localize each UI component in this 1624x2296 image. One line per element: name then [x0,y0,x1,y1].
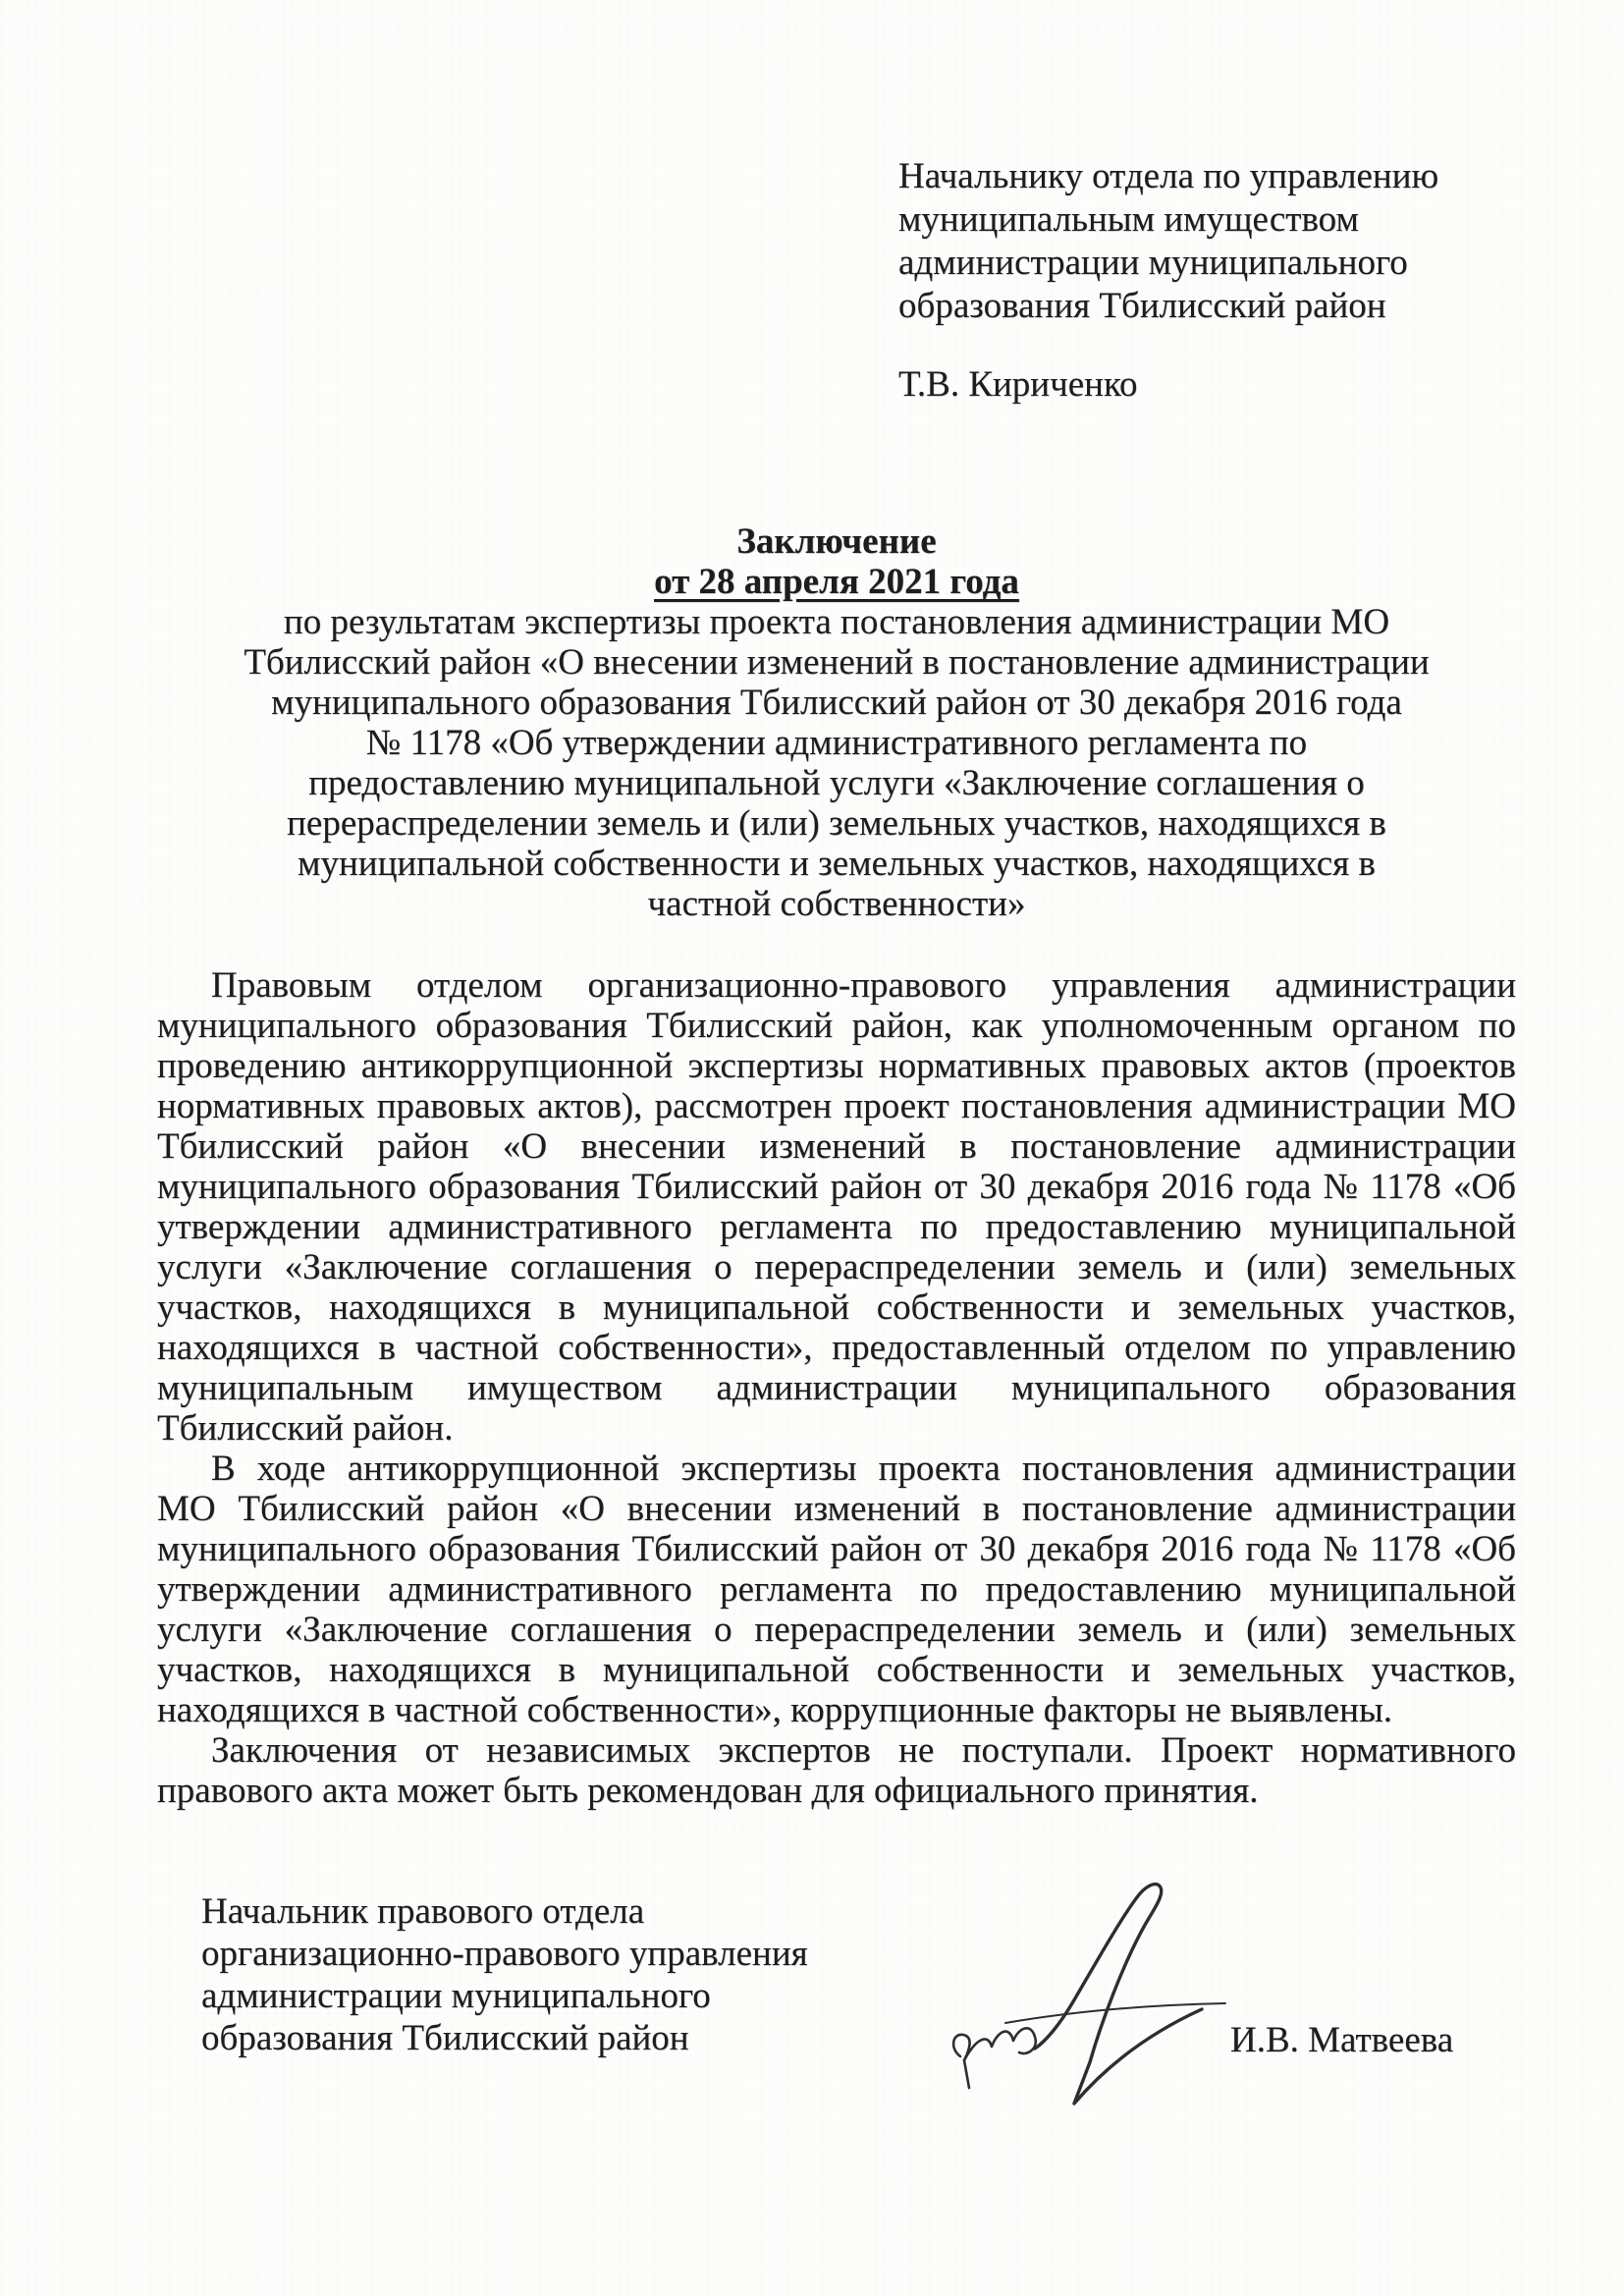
document-body: Правовым отделом организационно-правовог… [157,965,1516,1811]
body-paragraph-3: Заключения от независимых экспертов не п… [157,1730,1516,1811]
body-line: утверждении административного регламента… [157,1569,1516,1610]
body-line: В ходе антикоррупционной экспертизы прое… [157,1449,1516,1489]
recipient-line: муниципальным имуществом [898,198,1438,242]
document-title: Заключение [157,521,1516,562]
title-line: муниципального образования Тбилисский ра… [157,683,1516,723]
body-line: участков, находящихся в муниципальной со… [157,1650,1516,1690]
body-line: Тбилисский район. [157,1408,1516,1449]
recipient-name: Т.В. Кириченко [898,363,1438,407]
body-line: услуги «Заключение соглашения о перерасп… [157,1610,1516,1650]
body-line: муниципальным имуществом администрации м… [157,1368,1516,1408]
title-line: предоставлению муниципальной услуги «Зак… [157,763,1516,803]
body-line: Тбилисский район «О внесении изменений в… [157,1126,1516,1167]
title-line: частной собственности» [157,884,1516,924]
body-line: проведению антикоррупционной экспертизы … [157,1046,1516,1086]
recipient-block: Начальнику отдела по управлению муниципа… [898,155,1438,407]
signature-block: Начальник правового отдела организационн… [201,1890,808,2059]
title-line: муниципальной собственности и земельных … [157,844,1516,884]
title-date: от 28 апреля 2021 года [157,562,1516,602]
body-line: муниципального образования Тбилисский ра… [157,1006,1516,1046]
document-page: Начальнику отдела по управлению муниципа… [0,0,1624,2296]
body-line: Правовым отделом организационно-правовог… [157,965,1516,1006]
body-line: услуги «Заключение соглашения о перерасп… [157,1247,1516,1287]
recipient-line: образования Тбилисский район [898,285,1438,328]
recipient-line: Начальнику отдела по управлению [898,155,1438,198]
body-paragraph-1: Правовым отделом организационно-правовог… [157,965,1516,1449]
body-line: находящихся в частной собственности», ко… [157,1690,1516,1730]
body-paragraph-2: В ходе антикоррупционной экспертизы прое… [157,1449,1516,1730]
document-title-block: Заключение от 28 апреля 2021 года по рез… [157,521,1516,924]
body-line: муниципального образования Тбилисский ра… [157,1167,1516,1207]
signature-line: образования Тбилисский район [201,2017,808,2059]
title-line: Тбилисский район «О внесении изменений в… [157,642,1516,683]
title-line: № 1178 «Об утверждении административного… [157,723,1516,763]
body-line: Заключения от независимых экспертов не п… [157,1730,1516,1771]
body-line: утверждении административного регламента… [157,1207,1516,1247]
body-line: муниципального образования Тбилисский ра… [157,1529,1516,1569]
body-line: правового акта может быть рекомендован д… [157,1771,1516,1811]
signature-line: организационно-правового управления [201,1933,808,1975]
body-line: участков, находящихся в муниципальной со… [157,1287,1516,1328]
signatory-name: И.В. Матвеева [1230,2019,1453,2061]
recipient-line: администрации муниципального [898,242,1438,285]
body-line: МО Тбилисский район «О внесении изменени… [157,1489,1516,1529]
signature-line: Начальник правового отдела [201,1890,808,1933]
body-line: находящихся в частной собственности», пр… [157,1328,1516,1368]
body-line: нормативных правовых актов), рассмотрен … [157,1086,1516,1126]
title-line: по результатам экспертизы проекта постан… [157,602,1516,642]
signature-line: администрации муниципального [201,1975,808,2017]
signature-icon [945,1874,1229,2117]
title-line: перераспределении земель и (или) земельн… [157,803,1516,844]
